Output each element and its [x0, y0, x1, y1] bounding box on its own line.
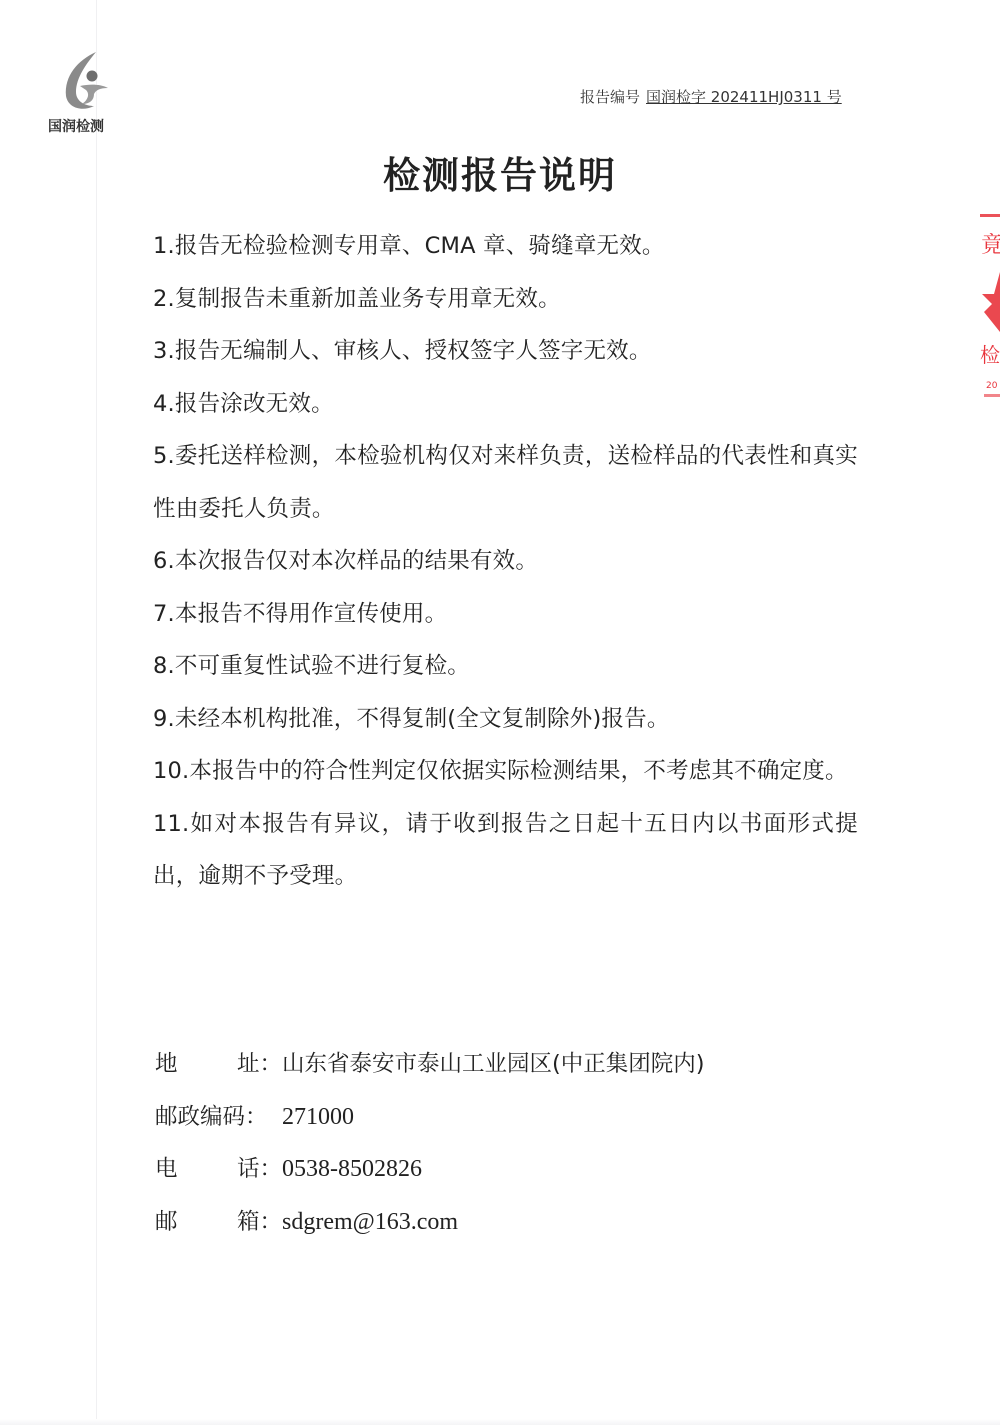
contact-address: 地址： 山东省泰安市泰山工业园区(中正集团院内)	[155, 1038, 705, 1091]
note-item: 7.本报告不得用作宣传使用。	[153, 588, 858, 641]
note-item: 10.本报告中的符合性判定仅依据实际检测结果，不考虑其不确定度。	[153, 745, 858, 798]
phone-value: 0538-8502826	[282, 1143, 422, 1196]
notes-list: 1.报告无检验检测专用章、CMA 章、骑缝章无效。 2.复制报告未重新加盖业务专…	[153, 220, 858, 903]
note-item: 5.委托送样检测，本检验机构仅对来样负责，送检样品的代表性和真实性由委托人负责。	[153, 430, 858, 535]
scan-bottom-edge	[0, 1419, 1000, 1425]
note-item: 3.报告无编制人、审核人、授权签字人签字无效。	[153, 325, 858, 378]
report-number: 报告编号国润检字 202411HJ0311 号	[580, 86, 842, 107]
contact-email: 邮箱： sdgrem@163.com	[155, 1196, 705, 1249]
svg-text:检: 检	[980, 343, 1000, 367]
email-label: 邮箱：	[155, 1196, 282, 1249]
address-value: 山东省泰安市泰山工业园区(中正集团院内)	[282, 1038, 705, 1091]
page-title: 检测报告说明	[0, 145, 1000, 199]
note-item: 9.未经本机构批准，不得复制(全文复制除外)报告。	[153, 693, 858, 746]
seal-stamp-partial: 竟 检 20	[978, 212, 1000, 400]
svg-text:20: 20	[986, 381, 998, 391]
scan-edge-line	[96, 0, 97, 1425]
report-number-value: 国润检字 202411HJ0311 号	[646, 88, 842, 106]
note-item: 2.复制报告未重新加盖业务专用章无效。	[153, 273, 858, 326]
svg-text:竟: 竟	[981, 233, 1000, 258]
contact-phone: 电话： 0538-8502826	[155, 1143, 705, 1196]
note-item: 6.本次报告仅对本次样品的结果有效。	[153, 535, 858, 588]
logo-text: 国润检测	[48, 116, 128, 136]
report-number-label: 报告编号	[580, 88, 640, 106]
postcode-value: 271000	[282, 1091, 354, 1144]
phone-label: 电话：	[155, 1143, 282, 1196]
logo-mark-icon	[56, 50, 118, 114]
note-item: 11.如对本报告有异议，请于收到报告之日起十五日内以书面形式提出，逾期不予受理。	[153, 798, 858, 903]
company-logo: 国润检测	[44, 50, 130, 140]
note-item: 4.报告涂改无效。	[153, 378, 858, 431]
note-item: 1.报告无检验检测专用章、CMA 章、骑缝章无效。	[153, 220, 858, 273]
contact-info: 地址： 山东省泰安市泰山工业园区(中正集团院内) 邮政编码： 271000 电话…	[155, 1038, 705, 1248]
note-item: 8.不可重复性试验不进行复检。	[153, 640, 858, 693]
address-label: 地址：	[155, 1038, 282, 1091]
contact-postcode: 邮政编码： 271000	[155, 1091, 705, 1144]
postcode-label: 邮政编码：	[155, 1091, 282, 1144]
email-value: sdgrem@163.com	[282, 1196, 458, 1249]
red-seal-icon: 竟 检 20	[978, 212, 1000, 400]
